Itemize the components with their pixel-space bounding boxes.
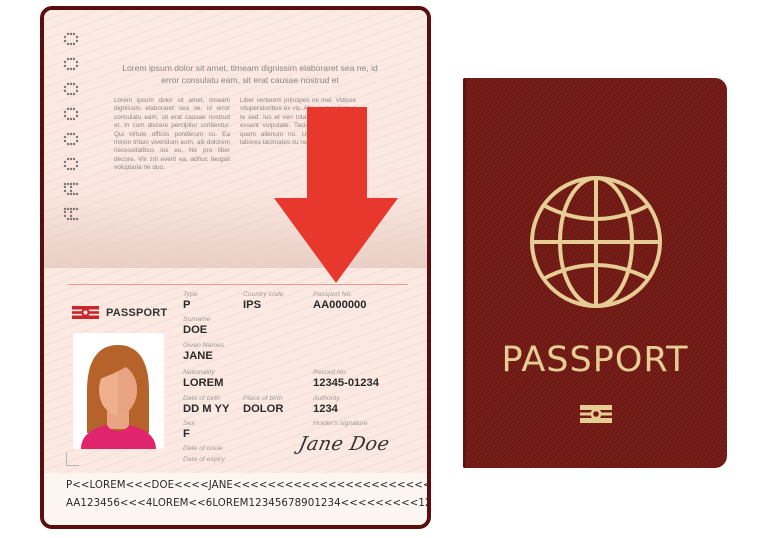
field-label: Authority [313,395,340,403]
field-value: DOE [183,324,211,336]
perforation-glyph [61,182,79,202]
field-label: Date of issue [183,445,223,453]
field-label: Sex [183,420,195,428]
field-value: JANE [183,350,224,362]
field-label: Date of birth [183,395,229,403]
mrz-line-1: P<<LOREM<<<DOE<<<<JANE<<<<<<<<<<<<<<<<<<… [66,480,431,491]
globe-icon [529,175,663,309]
perforation-glyph [61,207,79,227]
field-value: DD M YY [183,403,229,415]
perforated-passport-number [61,32,83,227]
perforation-glyph [61,107,79,127]
field-date-of-birth: Date of birth DD M YY [183,395,229,415]
field-passport-no: Passport No. AA000000 [313,291,367,311]
field-value: IPS [243,299,283,311]
biometric-chip-icon [580,405,612,423]
field-label: Date of expiry [183,456,225,464]
field-label: Nationality [183,369,223,377]
field-authority: Authority 1234 [313,395,340,415]
passport-cover: PASSPORT [463,78,727,468]
field-type: Type P [183,291,198,311]
field-value: F [183,428,195,440]
field-holder-signature: Holder's signature [313,420,368,428]
perforation-glyph [61,57,79,77]
field-surname: Surname DOE [183,316,211,336]
body-text-left: Lorem ipsum dolor sit amet, timeam digni… [114,97,230,173]
biometric-emblem-icon [72,306,99,319]
field-label: Type [183,291,198,299]
holder-photo [73,333,164,449]
field-label: Passport No. [313,291,367,299]
field-label: Holder's signature [313,420,368,428]
perforation-glyph [61,132,79,152]
mrz-line-2: AA123456<<<4LOREM<<6LOREM12345678901234<… [66,498,431,509]
cover-spine [463,78,466,468]
photo-corner-mark [66,453,79,466]
perforation-glyph [61,32,79,52]
cover-title: PASSPORT [463,340,727,380]
intro-text: Lorem ipsum dolor sit amet, timeam digni… [119,62,381,86]
down-arrow-icon [274,107,398,283]
field-sex: Sex F [183,420,195,440]
field-date-of-issue: Date of issue [183,445,223,453]
holder-signature: Jane Doe [297,433,392,455]
perforation-glyph [61,157,79,177]
field-nationality: Nationality LOREM [183,369,223,389]
field-value: P [183,299,198,311]
passport-label: PASSPORT [106,307,167,319]
field-value: 1234 [313,403,340,415]
perforation-glyph [61,82,79,102]
divider-line [68,284,408,285]
field-value: AA000000 [313,299,367,311]
field-label: Country code [243,291,283,299]
field-label: Surname [183,316,211,324]
field-label: Given Names [183,342,224,350]
field-label: Place of birth [243,395,283,403]
field-value: 12345-01234 [313,377,379,389]
field-label: Record No. [313,369,379,377]
field-value: LOREM [183,377,223,389]
field-place-of-birth: Place of birth DOLOR [243,395,283,415]
field-value: DOLOR [243,403,283,415]
field-date-of-expiry: Date of expiry [183,456,225,464]
field-record-no: Record No. 12345-01234 [313,369,379,389]
field-country-code: Country code IPS [243,291,283,311]
field-given-names: Given Names JANE [183,342,224,362]
